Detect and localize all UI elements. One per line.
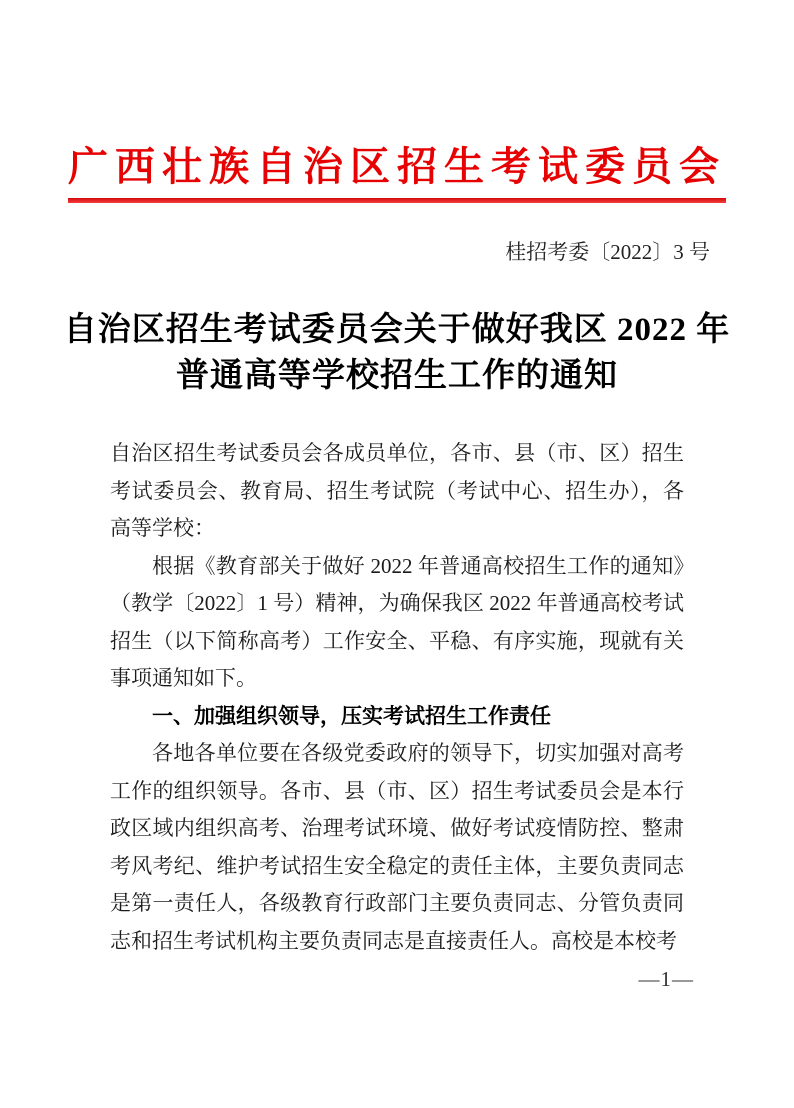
document-body: 自治区招生考试委员会各成员单位，各市、县（市、区）招生考试委员会、教育局、招生考… — [0, 435, 794, 960]
intro-paragraph: 根据《教育部关于做好 2022 年普通高校招生工作的通知》（教学〔2022〕1 … — [110, 548, 684, 698]
letterhead-title: 广西壮族自治区招生考试委员会 — [0, 143, 794, 191]
notice-title-line2: 普通高等学校招生工作的通知 — [176, 358, 618, 394]
red-divider — [68, 198, 726, 203]
salutation-paragraph: 自治区招生考试委员会各成员单位，各市、县（市、区）招生考试委员会、教育局、招生考… — [110, 435, 684, 548]
document-page: 广西壮族自治区招生考试委员会 桂招考委〔2022〕3 号 自治区招生考试委员会关… — [0, 0, 794, 1108]
section-1-paragraph: 各地各单位要在各级党委政府的领导下，切实加强对高考工作的组织领导。各市、县（市、… — [110, 735, 684, 960]
doc-number: 桂招考委〔2022〕3 号 — [0, 239, 794, 265]
section-1-heading: 一、加强组织领导，压实考试招生工作责任 — [110, 698, 684, 736]
page-number: —1— — [639, 966, 695, 992]
notice-title: 自治区招生考试委员会关于做好我区 2022 年 普通高等学校招生工作的通知 — [0, 307, 794, 399]
notice-title-line1: 自治区招生考试委员会关于做好我区 2022 年 — [64, 312, 731, 348]
